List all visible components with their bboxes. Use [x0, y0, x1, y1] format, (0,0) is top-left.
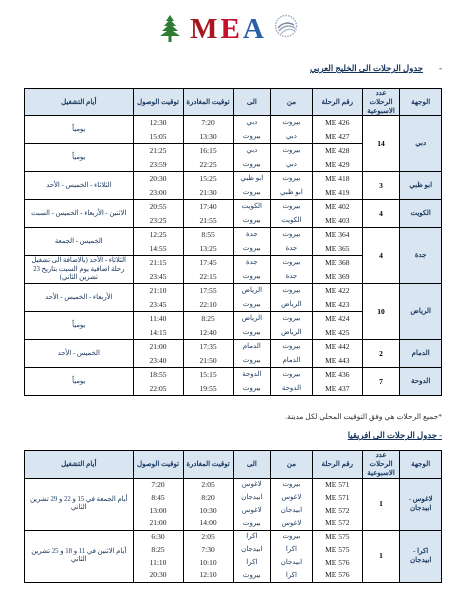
operating-days-cell: يومياً	[25, 116, 134, 144]
operating-days-cell: الأربعاء - الخميس - الأحد	[25, 284, 134, 312]
origin-city-cell: لاغوس	[271, 491, 313, 504]
weekly-flight-count-cell: 4	[362, 200, 400, 228]
destination-cell: دبي	[400, 116, 442, 172]
origin-city-cell: الكويت	[271, 214, 313, 228]
flight-number-cell: ME 425	[312, 326, 362, 340]
destination-city-cell: بيروت	[233, 242, 271, 256]
flight-number-cell: ME 426	[312, 116, 362, 130]
operating-days-cell: الخميس - الأحد	[25, 340, 134, 368]
flight-number-cell: ME 403	[312, 214, 362, 228]
destination-cell: الكويت	[400, 200, 442, 228]
arrival-time-cell: 21:00	[133, 340, 183, 354]
destination-city-cell: ابو ظبي	[233, 172, 271, 186]
flight-number-cell: ME 575	[312, 543, 362, 556]
destination-city-cell: الدمام	[233, 340, 271, 354]
departure-time-cell: 7:30	[183, 543, 233, 556]
destination-cell: الرياض	[400, 284, 442, 340]
departure-time-cell: 8:25	[183, 312, 233, 326]
operating-days-cell: الثلاثاء - الخميس - الأحد	[25, 172, 134, 200]
weekly-flight-count-cell: 1	[362, 530, 400, 582]
departure-time-cell: 21:30	[183, 186, 233, 200]
brand-letter-a: A	[243, 15, 267, 44]
arrival-time-cell: 15:05	[133, 130, 183, 144]
destination-city-cell: بيروت	[233, 130, 271, 144]
departure-time-cell: 2:05	[183, 530, 233, 543]
flight-number-cell: ME 572	[312, 504, 362, 517]
origin-city-cell: ابيدجان	[271, 556, 313, 569]
departure-time-cell: 17:40	[183, 200, 233, 214]
operating-days-cell: أيام الجمعة في 15 و 22 و 29 تشرين الثاني	[25, 478, 134, 530]
destination-city-cell: بيروت	[233, 517, 271, 530]
flight-number-cell: ME 571	[312, 478, 362, 491]
flight-number-cell: ME 576	[312, 569, 362, 582]
arrival-time-cell: 23:25	[133, 214, 183, 228]
destination-city-cell: لاغوس	[233, 504, 271, 517]
departure-time-cell: 15:25	[183, 172, 233, 186]
arrival-time-cell: 14:55	[133, 242, 183, 256]
arrival-time-cell: 8:25	[133, 543, 183, 556]
weekly-flight-count-cell: 14	[362, 116, 400, 172]
cedar-tree-icon	[157, 15, 183, 43]
table-header-row: الوجهةعدد الرحلات الاسبوعيةرقم الرحلةمنا…	[25, 89, 442, 116]
departure-time-cell: 19:55	[183, 382, 233, 396]
flight-number-cell: ME 365	[312, 242, 362, 256]
column-header: الوجهة	[400, 89, 442, 116]
column-header: أيام التشغيل	[25, 451, 134, 478]
departure-time-cell: 14:00	[183, 517, 233, 530]
destination-city-cell: دبي	[233, 116, 271, 130]
brand-letter-m: M	[190, 15, 220, 44]
departure-time-cell: 22:25	[183, 158, 233, 172]
column-header: توقيت الوصول	[133, 89, 183, 116]
operating-days-cell: الثلاثاء - الأحد (بالاضافة الى تشغيل رحل…	[25, 256, 134, 284]
column-header: رقم الرحلة	[312, 451, 362, 478]
flight-row: جدة4ME 364بيروتجدة8:5512:25الخميس - الجم…	[25, 228, 442, 242]
destination-cell: جدة	[400, 228, 442, 284]
arrival-time-cell: 18:55	[133, 368, 183, 382]
flight-number-cell: ME 575	[312, 530, 362, 543]
departure-time-cell: 10:30	[183, 504, 233, 517]
departure-time-cell: 21:55	[183, 214, 233, 228]
origin-city-cell: الدوحة	[271, 382, 313, 396]
flight-number-cell: ME 436	[312, 368, 362, 382]
arrival-time-cell: 23:40	[133, 354, 183, 368]
origin-city-cell: جدة	[271, 270, 313, 284]
flight-number-cell: ME 368	[312, 256, 362, 270]
destination-city-cell: دبي	[233, 144, 271, 158]
gulf-title-text: جدول الرحلات الى الخليج العربي	[310, 63, 423, 73]
flight-number-cell: ME 442	[312, 340, 362, 354]
flight-number-cell: ME 572	[312, 517, 362, 530]
column-header: توقيت المغادرة	[183, 451, 233, 478]
arrival-time-cell: 12:25	[133, 228, 183, 242]
arrival-time-cell: 21:15	[133, 256, 183, 270]
flight-row: الكويت4ME 402بيروتالكويت17:4020:55الاثني…	[25, 200, 442, 214]
departure-time-cell: 7:20	[183, 116, 233, 130]
origin-city-cell: دبي	[271, 158, 313, 172]
destination-city-cell: بيروت	[233, 270, 271, 284]
destination-city-cell: لاغوس	[233, 478, 271, 491]
destination-cell: لاغوس - ابيدجان	[400, 478, 442, 530]
origin-city-cell: الرياض	[271, 298, 313, 312]
destination-city-cell: بيروت	[233, 214, 271, 228]
flight-number-cell: ME 402	[312, 200, 362, 214]
origin-city-cell: بيروت	[271, 478, 313, 491]
destination-city-cell: اكرا	[233, 530, 271, 543]
destination-cell: اكرا - ابيدجان	[400, 530, 442, 582]
departure-time-cell: 8:55	[183, 228, 233, 242]
arrival-time-cell: 21:10	[133, 284, 183, 298]
arrival-time-cell: 12:30	[133, 116, 183, 130]
destination-city-cell: ابيدجان	[233, 543, 271, 556]
arrival-time-cell: 7:20	[133, 478, 183, 491]
origin-city-cell: الدمام	[271, 354, 313, 368]
arrival-time-cell: 21:25	[133, 144, 183, 158]
table-header-row: الوجهةعدد الرحلات الاسبوعيةرقم الرحلةمنا…	[25, 451, 442, 478]
arrival-time-cell: 23:45	[133, 270, 183, 284]
africa-flights-table: الوجهةعدد الرحلات الاسبوعيةرقم الرحلةمنا…	[24, 450, 442, 582]
arrival-time-cell: 21:00	[133, 517, 183, 530]
column-header: عدد الرحلات الاسبوعية	[362, 89, 400, 116]
column-header: عدد الرحلات الاسبوعية	[362, 451, 400, 478]
flight-number-cell: ME 576	[312, 556, 362, 569]
origin-city-cell: الرياض	[271, 326, 313, 340]
origin-city-cell: بيروت	[271, 200, 313, 214]
origin-city-cell: بيروت	[271, 228, 313, 242]
destination-city-cell: الرياض	[233, 284, 271, 298]
flight-number-cell: ME 419	[312, 186, 362, 200]
departure-time-cell: 22:15	[183, 270, 233, 284]
operating-days-cell: يومياً	[25, 144, 134, 172]
destination-city-cell: ابيدجان	[233, 491, 271, 504]
weekly-flight-count-cell: 7	[362, 368, 400, 396]
origin-city-cell: ابيدجان	[271, 504, 313, 517]
weekly-flight-count-cell: 2	[362, 340, 400, 368]
column-header: من	[271, 89, 313, 116]
flight-row: الدمام2ME 442بيروتالدمام17:3521:00الخميس…	[25, 340, 442, 354]
destination-city-cell: بيروت	[233, 354, 271, 368]
mea-logo: MEA	[0, 0, 455, 47]
departure-time-cell: 21:50	[183, 354, 233, 368]
arrival-time-cell: 14:15	[133, 326, 183, 340]
flight-number-cell: ME 443	[312, 354, 362, 368]
arrival-time-cell: 11:10	[133, 556, 183, 569]
arrival-time-cell: 22:05	[133, 382, 183, 396]
operating-days-cell: الخميس - الجمعة	[25, 228, 134, 256]
destination-city-cell: الرياض	[233, 312, 271, 326]
gulf-flights-table: الوجهةعدد الرحلات الاسبوعيةرقم الرحلةمنا…	[24, 88, 442, 396]
departure-time-cell: 12:10	[183, 569, 233, 582]
departure-time-cell: 13:30	[183, 130, 233, 144]
column-header: توقيت الوصول	[133, 451, 183, 478]
gulf-section-title: - جدول الرحلات الى الخليج العربي	[24, 63, 442, 74]
flight-number-cell: ME 428	[312, 144, 362, 158]
destination-city-cell: بيروت	[233, 186, 271, 200]
destination-city-cell: الدوحة	[233, 368, 271, 382]
origin-city-cell: بيروت	[271, 368, 313, 382]
flight-number-cell: ME 418	[312, 172, 362, 186]
arrival-time-cell: 23:59	[133, 158, 183, 172]
origin-city-cell: بيروت	[271, 144, 313, 158]
flight-row: الرياض10ME 422بيروتالرياض17:5521:10الأرب…	[25, 284, 442, 298]
departure-time-cell: 13:25	[183, 242, 233, 256]
destination-city-cell: اكرا	[233, 556, 271, 569]
flight-number-cell: ME 364	[312, 228, 362, 242]
flight-number-cell: ME 427	[312, 130, 362, 144]
departure-time-cell: 10:10	[183, 556, 233, 569]
flight-row: لاغوس - ابيدجان1ME 571بيروتلاغوس2:057:20…	[25, 478, 442, 491]
destination-cell: الدوحة	[400, 368, 442, 396]
flight-row: دبي14ME 426بيروتدبي7:2012:30يومياً	[25, 116, 442, 130]
brand-letter-e: E	[221, 15, 243, 44]
africa-section-title: - جدول الرحلات الى افريقيا	[24, 430, 442, 441]
column-header: أيام التشغيل	[25, 89, 134, 116]
arrival-time-cell: 20:55	[133, 200, 183, 214]
departure-time-cell: 22:10	[183, 298, 233, 312]
origin-city-cell: اكرا	[271, 543, 313, 556]
origin-city-cell: اكرا	[271, 569, 313, 582]
africa-title-text: - جدول الرحلات الى افريقيا	[348, 430, 442, 440]
departure-time-cell: 2:05	[183, 478, 233, 491]
mea-wordmark: MEA	[190, 15, 267, 44]
flight-row: ابو ظبي3ME 418بيروتابو ظبي15:2520:30الثل…	[25, 172, 442, 186]
arrival-time-cell: 23:00	[133, 186, 183, 200]
origin-city-cell: دبي	[271, 130, 313, 144]
title-bullet-dash: -	[439, 63, 442, 73]
column-header: الوجهة	[400, 451, 442, 478]
arrival-time-cell: 23:45	[133, 298, 183, 312]
origin-city-cell: بيروت	[271, 172, 313, 186]
column-header: من	[271, 451, 313, 478]
origin-city-cell: لاغوس	[271, 517, 313, 530]
operating-days-cell: الاثنين - الأربعاء - الخميس - السبت	[25, 200, 134, 228]
departure-time-cell: 15:15	[183, 368, 233, 382]
skyteam-icon	[274, 14, 298, 38]
arrival-time-cell: 13:00	[133, 504, 183, 517]
origin-city-cell: بيروت	[271, 284, 313, 298]
flight-number-cell: ME 429	[312, 158, 362, 172]
flight-number-cell: ME 424	[312, 312, 362, 326]
flight-schedule-document: MEA - جدول الرحلات الى الخليج العربي الو…	[0, 0, 455, 600]
destination-city-cell: بيروت	[233, 569, 271, 582]
origin-city-cell: بيروت	[271, 256, 313, 270]
departure-time-cell: 17:35	[183, 340, 233, 354]
destination-cell: الدمام	[400, 340, 442, 368]
destination-city-cell: جدة	[233, 256, 271, 270]
flight-row: الدوحة7ME 436بيروتالدوحة15:1518:55يومياً	[25, 368, 442, 382]
flight-row: اكرا - ابيدجان1ME 575بيروتاكرا2:056:30أي…	[25, 530, 442, 543]
arrival-time-cell: 6:30	[133, 530, 183, 543]
weekly-flight-count-cell: 10	[362, 284, 400, 340]
arrival-time-cell: 8:45	[133, 491, 183, 504]
origin-city-cell: جدة	[271, 242, 313, 256]
flight-number-cell: ME 422	[312, 284, 362, 298]
operating-days-cell: يومياً	[25, 368, 134, 396]
destination-cell: ابو ظبي	[400, 172, 442, 200]
origin-city-cell: ابو ظبي	[271, 186, 313, 200]
arrival-time-cell: 20:30	[133, 569, 183, 582]
column-header: توقيت المغادرة	[183, 89, 233, 116]
origin-city-cell: بيروت	[271, 340, 313, 354]
departure-time-cell: 8:20	[183, 491, 233, 504]
destination-city-cell: الكويت	[233, 200, 271, 214]
destination-city-cell: بيروت	[233, 326, 271, 340]
flight-number-cell: ME 423	[312, 298, 362, 312]
flight-number-cell: ME 571	[312, 491, 362, 504]
origin-city-cell: بيروت	[271, 530, 313, 543]
departure-time-cell: 17:55	[183, 284, 233, 298]
column-header: الى	[233, 89, 271, 116]
arrival-time-cell: 11:40	[133, 312, 183, 326]
operating-days-cell: يومياً	[25, 312, 134, 340]
departure-time-cell: 17:45	[183, 256, 233, 270]
origin-city-cell: بيروت	[271, 312, 313, 326]
destination-city-cell: بيروت	[233, 158, 271, 172]
local-time-note: *جميع الرحلات هي وفق التوقيت المحلي لكل …	[24, 412, 442, 421]
destination-city-cell: بيروت	[233, 382, 271, 396]
flight-number-cell: ME 437	[312, 382, 362, 396]
weekly-flight-count-cell: 3	[362, 172, 400, 200]
weekly-flight-count-cell: 1	[362, 478, 400, 530]
destination-city-cell: جدة	[233, 228, 271, 242]
flight-number-cell: ME 369	[312, 270, 362, 284]
departure-time-cell: 16:15	[183, 144, 233, 158]
operating-days-cell: أيام الاثنين في 11 و 18 و 25 تشرين الثان…	[25, 530, 134, 582]
weekly-flight-count-cell: 4	[362, 228, 400, 284]
origin-city-cell: بيروت	[271, 116, 313, 130]
arrival-time-cell: 20:30	[133, 172, 183, 186]
column-header: الى	[233, 451, 271, 478]
column-header: رقم الرحلة	[312, 89, 362, 116]
destination-city-cell: بيروت	[233, 298, 271, 312]
departure-time-cell: 12:40	[183, 326, 233, 340]
